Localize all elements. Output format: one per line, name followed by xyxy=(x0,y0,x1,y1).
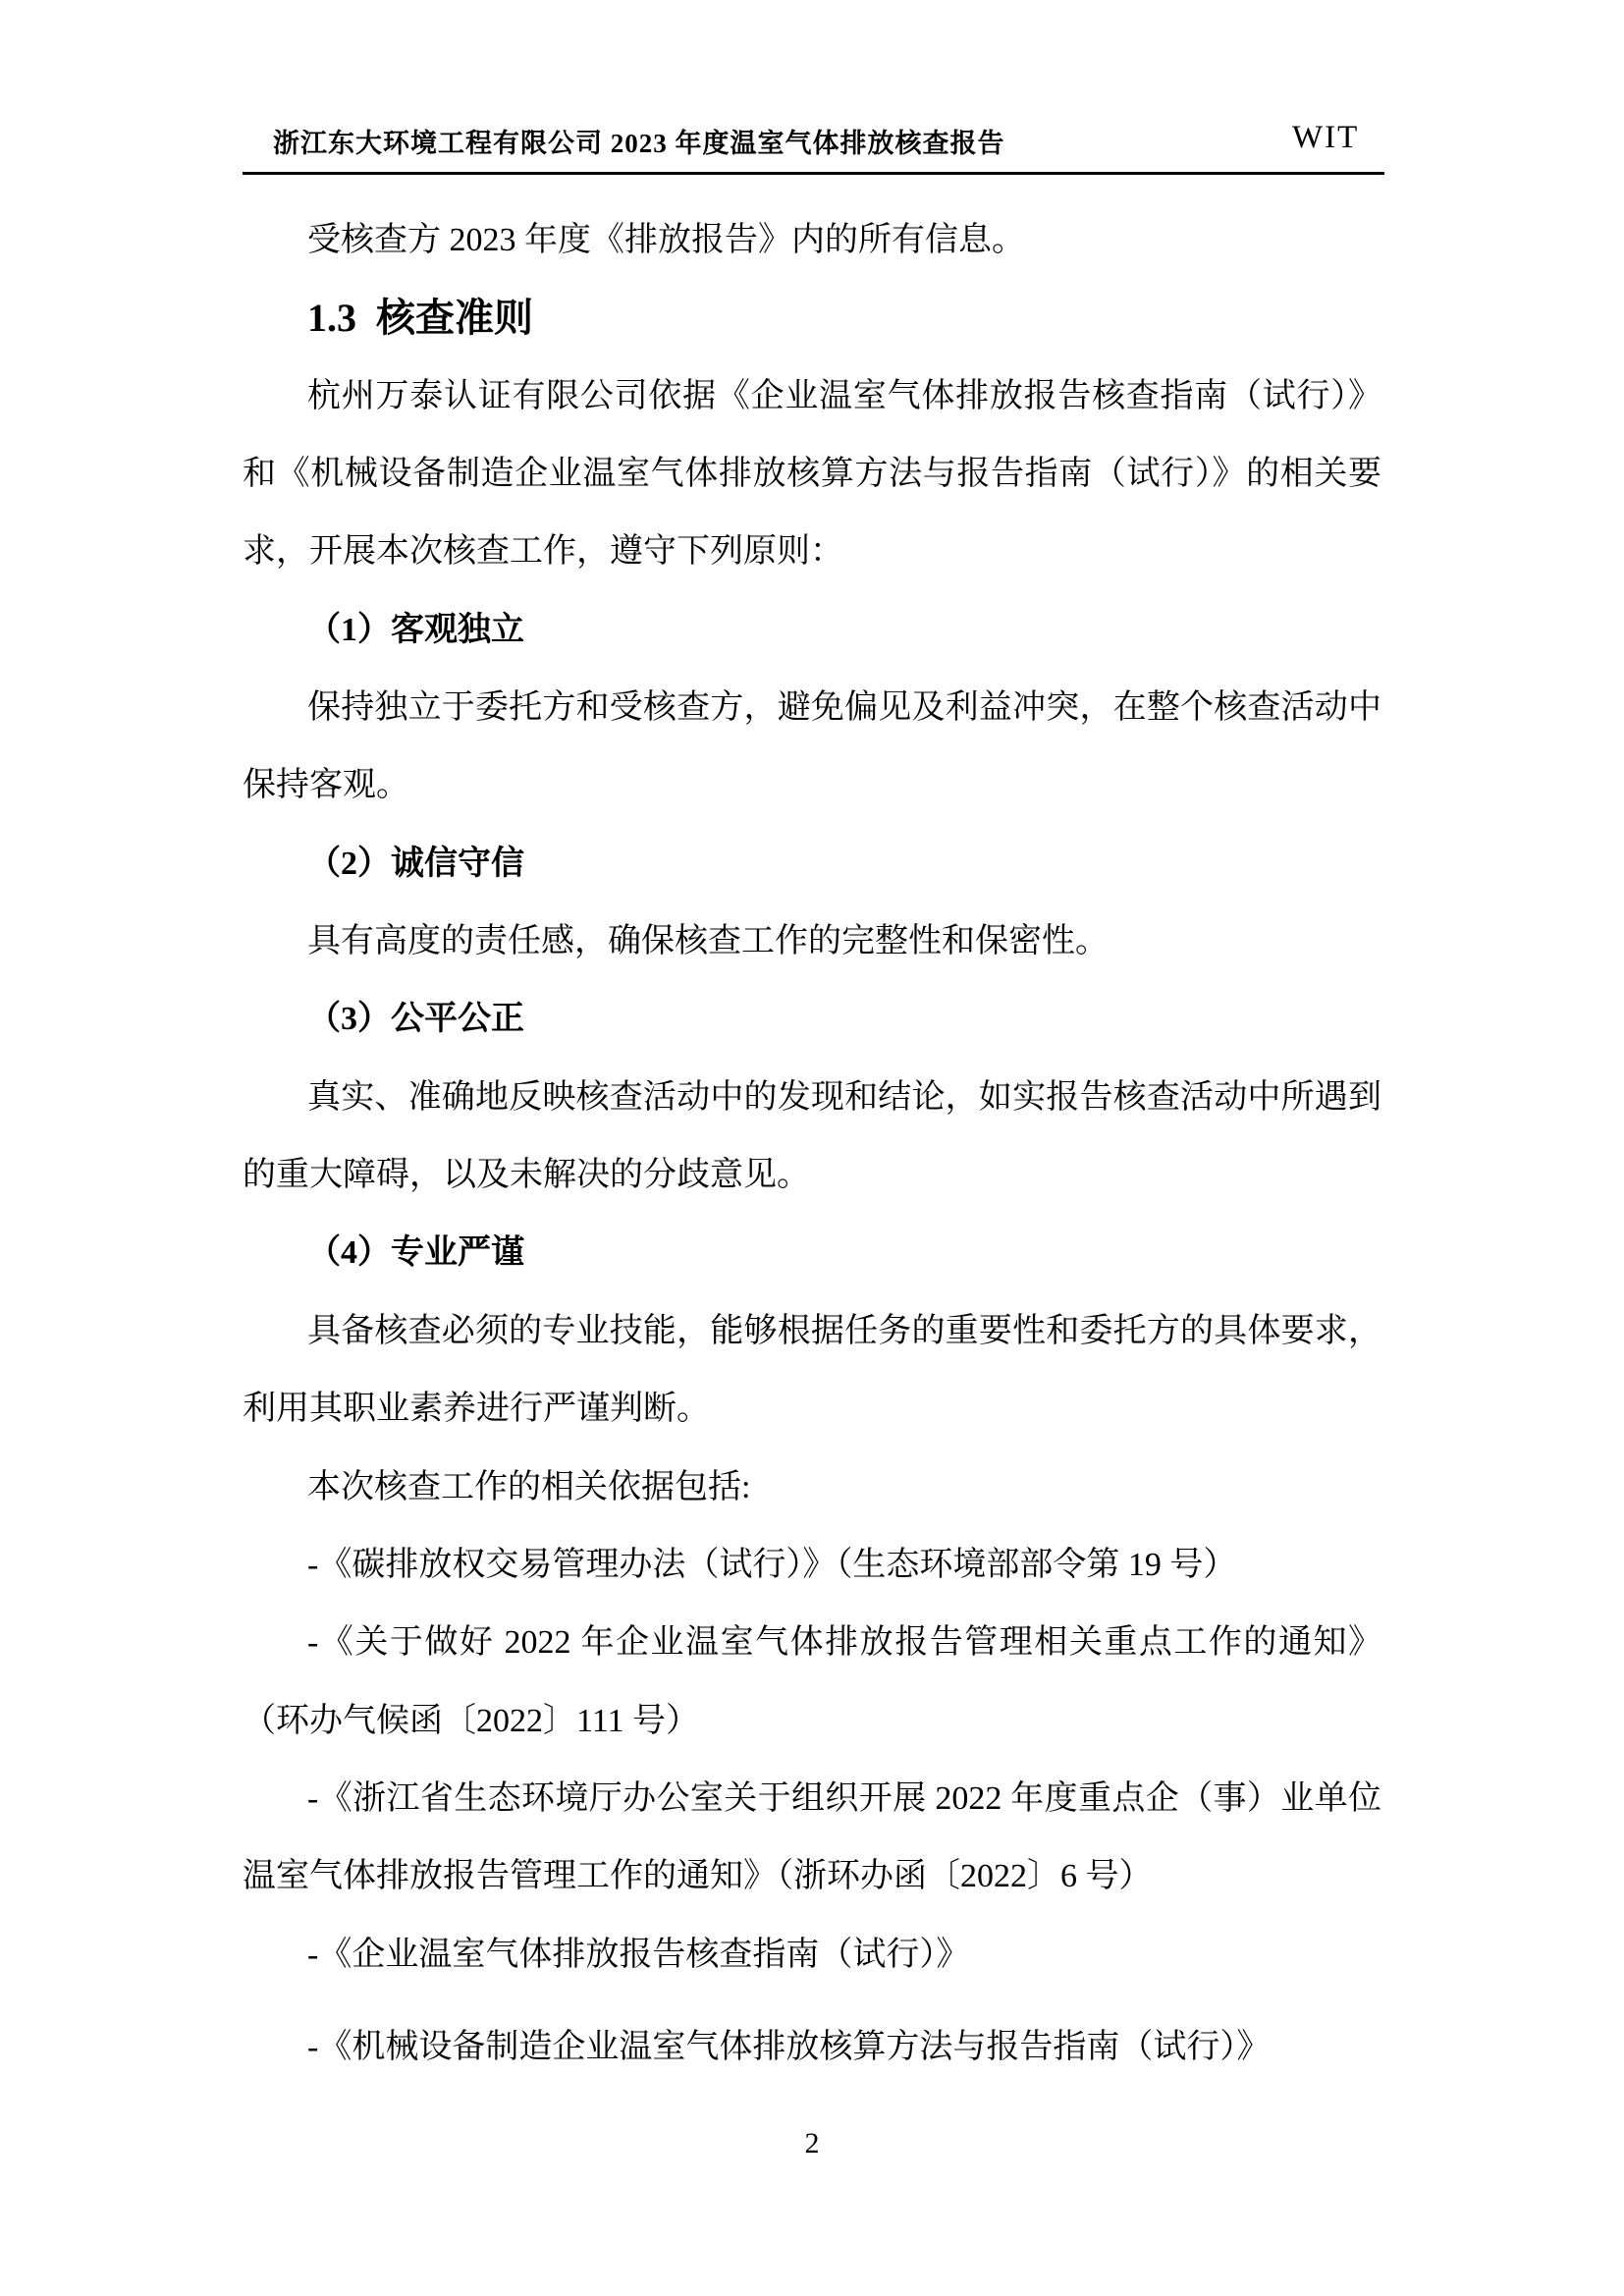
text-line: 真实、准确地反映核查活动中的发现和结论，如实报告核查活动中所遇到 xyxy=(243,1059,1381,1136)
text-line: -《浙江省生态环境厅办公室关于组织开展 2022 年度重点企（事）业单位 xyxy=(243,1760,1381,1837)
text-line: 受核查方 2023 年度《排放报告》内的所有信息。 xyxy=(243,201,1381,279)
text-line: 本次核查工作的相关依据包括: xyxy=(243,1449,1381,1526)
text-line: -《机械设备制造企业温室气体排放核算方法与报告指南（试行）》 xyxy=(243,2008,1381,2086)
text-line: 杭州万泰认证有限公司依据《企业温室气体排放报告核查指南（试行）》 xyxy=(243,357,1381,435)
text-line: （环办气候函〔2022〕111 号） xyxy=(243,1682,1381,1760)
section-heading: 1.3 核查准则 xyxy=(243,279,1381,356)
header-logo-wit: WIT xyxy=(1292,120,1359,156)
header-document-title: 浙江东大环境工程有限公司 2023 年度温室气体排放核查报告 xyxy=(273,122,1005,160)
text-line: -《碳排放权交易管理办法（试行）》（生态环境部部令第 19 号） xyxy=(243,1526,1381,1604)
principle-subheading: （1）客观独立 xyxy=(243,591,1381,669)
text-line: 具有高度的责任感，确保核查工作的完整性和保密性。 xyxy=(243,902,1381,980)
text-line: 和《机械设备制造企业温室气体排放核算方法与报告指南（试行）》的相关要 xyxy=(243,435,1381,513)
text-line: 的重大障碍，以及未解决的分歧意见。 xyxy=(243,1136,1381,1214)
text-line: 温室气体排放报告管理工作的通知》（浙环办函〔2022〕6 号） xyxy=(243,1837,1381,1915)
text-line: 保持客观。 xyxy=(243,746,1381,824)
text-line: 具备核查必须的专业技能，能够根据任务的重要性和委托方的具体要求， xyxy=(243,1292,1381,1370)
text-line: 利用其职业素养进行严谨判断。 xyxy=(243,1370,1381,1448)
document-body: 受核查方 2023 年度《排放报告》内的所有信息。1.3 核查准则杭州万泰认证有… xyxy=(243,201,1381,2086)
text-line: -《关于做好 2022 年企业温室气体排放报告管理相关重点工作的通知》 xyxy=(243,1604,1381,1681)
principle-subheading: （4）专业严谨 xyxy=(243,1214,1381,1291)
principle-subheading: （3）公平公正 xyxy=(243,980,1381,1058)
text-line: 保持独立于委托方和受核查方，避免偏见及利益冲突，在整个核查活动中 xyxy=(243,669,1381,746)
page-number: 2 xyxy=(0,2124,1624,2163)
text-line: 求，开展本次核查工作，遵守下列原则： xyxy=(243,513,1381,590)
principle-subheading: （2）诚信守信 xyxy=(243,825,1381,902)
header-divider-rule xyxy=(243,172,1384,175)
text-line: -《企业温室气体排放报告核查指南（试行）》 xyxy=(243,1916,1381,1994)
